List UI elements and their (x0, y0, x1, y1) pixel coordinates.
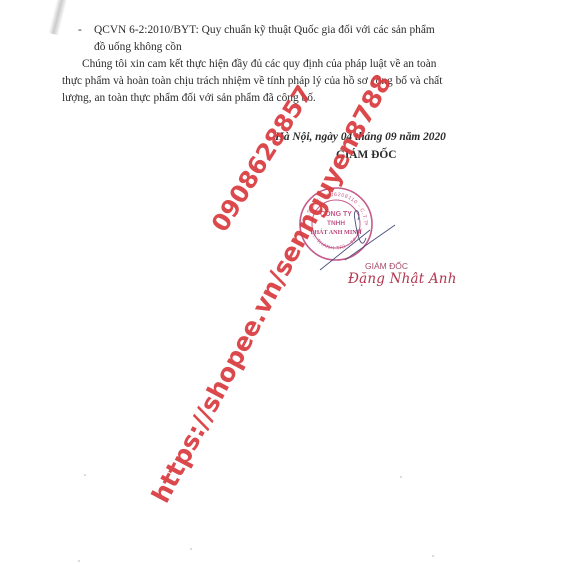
signer-name: Đặng Nhật Anh (348, 271, 457, 287)
commitment-paragraph-line-1: Chúng tôi xin cam kết thực hiện đầy đủ c… (82, 56, 436, 73)
regulation-bullet-line-1: -QCVN 6-2:2010/BYT: Quy chuẩn kỹ thuật Q… (78, 22, 435, 39)
scan-speck (190, 548, 192, 550)
scan-speck (432, 555, 434, 557)
scan-speck (400, 476, 402, 478)
signer-role: GIÁM ĐỐC (365, 261, 408, 271)
regulation-bullet-line-2: đồ uống không cồn (94, 39, 182, 56)
commitment-paragraph-line-3: lượng, an toàn thực phẩm đối với sản phẩ… (62, 90, 316, 107)
bullet-dash: - (78, 22, 94, 39)
scan-speck (78, 560, 80, 562)
scan-speck (84, 474, 86, 476)
scanned-page-edge (48, 0, 67, 35)
regulation-text: QCVN 6-2:2010/BYT: Quy chuẩn kỹ thuật Qu… (94, 24, 435, 36)
